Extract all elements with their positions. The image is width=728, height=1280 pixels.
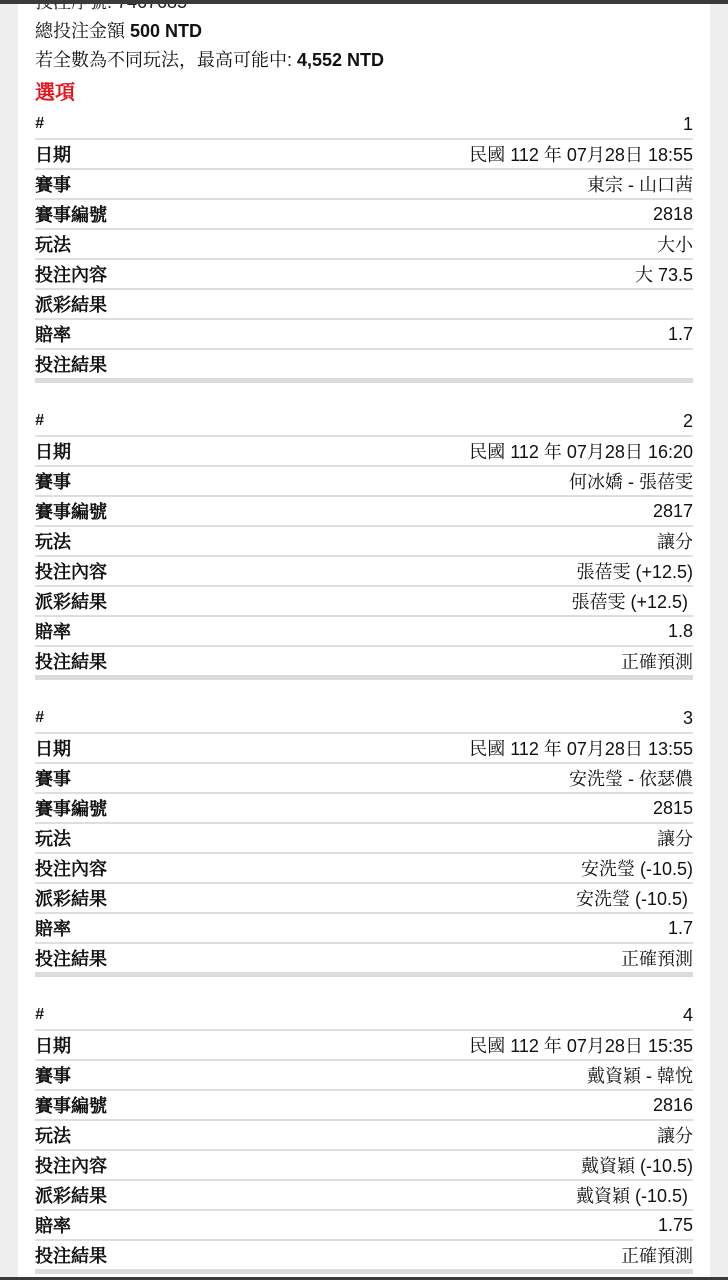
match-label: 賽事 bbox=[35, 171, 71, 197]
match-number-label: 賽事編號 bbox=[35, 498, 107, 524]
play-type-label: 玩法 bbox=[35, 825, 71, 851]
max-win-line: 若全數為不同玩法，最高可能中: 4,552 NTD bbox=[35, 46, 693, 75]
selection-group: #2日期民國 112 年 07月28日 16:20賽事何冰嬌 - 張蓓雯賽事編號… bbox=[35, 407, 693, 680]
bet-content-value: 張蓓雯 (+12.5) bbox=[576, 558, 693, 584]
selections-list: #1日期民國 112 年 07月28日 18:55賽事東宗 - 山口茜賽事編號2… bbox=[35, 110, 693, 1274]
selection-group: #4日期民國 112 年 07月28日 15:35賽事戴資穎 - 韓悅賽事編號2… bbox=[35, 1001, 693, 1274]
match-label: 賽事 bbox=[35, 765, 71, 791]
bet-slip-card: 投注序號: 7467685 總投注金額 500 NTD 若全數為不同玩法，最高可… bbox=[18, 0, 710, 1280]
selection-group: #1日期民國 112 年 07月28日 18:55賽事東宗 - 山口茜賽事編號2… bbox=[35, 110, 693, 383]
row-play-type: 玩法讓分 bbox=[35, 824, 693, 854]
number-value: 2 bbox=[683, 411, 693, 432]
match-value: 戴資穎 - 韓悅 bbox=[587, 1062, 693, 1088]
row-payout-result: 派彩結果安洗瑩 (-10.5) bbox=[35, 884, 693, 914]
row-date: 日期民國 112 年 07月28日 18:55 bbox=[35, 140, 693, 170]
row-match: 賽事安洗瑩 - 依瑟儂 bbox=[35, 764, 693, 794]
row-match-number: 賽事編號2818 bbox=[35, 200, 693, 230]
match-number-label: 賽事編號 bbox=[35, 1092, 107, 1118]
odds-value: 1.7 bbox=[668, 918, 693, 939]
bet-result-label: 投注結果 bbox=[35, 945, 107, 971]
date-value: 民國 112 年 07月28日 15:35 bbox=[469, 1032, 693, 1058]
match-value: 何冰嬌 - 張蓓雯 bbox=[569, 468, 693, 494]
number-value: 3 bbox=[683, 708, 693, 729]
odds-label: 賠率 bbox=[35, 915, 71, 941]
bet-slip-content: 投注序號: 7467685 總投注金額 500 NTD 若全數為不同玩法，最高可… bbox=[35, 0, 693, 1274]
row-play-type: 玩法讓分 bbox=[35, 527, 693, 557]
match-label: 賽事 bbox=[35, 468, 71, 494]
match-label: 賽事 bbox=[35, 1062, 71, 1088]
bet-content-label: 投注內容 bbox=[35, 558, 107, 584]
group-spacer bbox=[35, 383, 693, 407]
top-status-bar bbox=[0, 0, 728, 4]
row-date: 日期民國 112 年 07月28日 13:55 bbox=[35, 734, 693, 764]
selections-title: 選項 bbox=[35, 76, 693, 110]
group-spacer bbox=[35, 680, 693, 704]
payout-result-value: 戴資穎 (-10.5) bbox=[576, 1182, 693, 1208]
row-play-type: 玩法讓分 bbox=[35, 1121, 693, 1151]
match-number-value: 2816 bbox=[653, 1095, 693, 1116]
bet-result-label: 投注結果 bbox=[35, 1242, 107, 1268]
date-label: 日期 bbox=[35, 438, 71, 464]
row-number: #2 bbox=[35, 407, 693, 437]
date-value: 民國 112 年 07月28日 16:20 bbox=[469, 438, 693, 464]
odds-label: 賠率 bbox=[35, 618, 71, 644]
row-odds: 賠率1.7 bbox=[35, 320, 693, 350]
number-value: 4 bbox=[683, 1005, 693, 1026]
play-type-label: 玩法 bbox=[35, 528, 71, 554]
date-label: 日期 bbox=[35, 141, 71, 167]
row-bet-result: 投注結果正確預測 bbox=[35, 647, 693, 680]
row-number: #4 bbox=[35, 1001, 693, 1031]
payout-result-label: 派彩結果 bbox=[35, 588, 107, 614]
bet-content-label: 投注內容 bbox=[35, 261, 107, 287]
row-payout-result: 派彩結果 bbox=[35, 290, 693, 320]
play-type-label: 玩法 bbox=[35, 1122, 71, 1148]
total-stake-value: 500 NTD bbox=[130, 21, 202, 41]
play-type-label: 玩法 bbox=[35, 231, 71, 257]
match-number-value: 2817 bbox=[653, 501, 693, 522]
date-value: 民國 112 年 07月28日 18:55 bbox=[469, 141, 693, 167]
play-type-value: 讓分 bbox=[657, 1122, 693, 1148]
row-date: 日期民國 112 年 07月28日 16:20 bbox=[35, 437, 693, 467]
payout-result-label: 派彩結果 bbox=[35, 1182, 107, 1208]
row-number: #1 bbox=[35, 110, 693, 140]
match-number-label: 賽事編號 bbox=[35, 201, 107, 227]
play-type-value: 讓分 bbox=[657, 528, 693, 554]
match-number-value: 2818 bbox=[653, 204, 693, 225]
row-match: 賽事東宗 - 山口茜 bbox=[35, 170, 693, 200]
row-number: #3 bbox=[35, 704, 693, 734]
row-bet-result: 投注結果正確預測 bbox=[35, 944, 693, 977]
odds-value: 1.7 bbox=[668, 324, 693, 345]
row-payout-result: 派彩結果戴資穎 (-10.5) bbox=[35, 1181, 693, 1211]
group-spacer bbox=[35, 977, 693, 1001]
play-type-value: 讓分 bbox=[657, 825, 693, 851]
odds-label: 賠率 bbox=[35, 1212, 71, 1238]
match-value: 安洗瑩 - 依瑟儂 bbox=[569, 765, 693, 791]
date-label: 日期 bbox=[35, 735, 71, 761]
date-label: 日期 bbox=[35, 1032, 71, 1058]
bet-result-label: 投注結果 bbox=[35, 648, 107, 674]
number-value: 1 bbox=[683, 114, 693, 135]
payout-result-label: 派彩結果 bbox=[35, 885, 107, 911]
row-bet-content: 投注內容大 73.5 bbox=[35, 260, 693, 290]
row-bet-result: 投注結果正確預測 bbox=[35, 1241, 693, 1274]
total-stake-line: 總投注金額 500 NTD bbox=[35, 17, 693, 46]
row-date: 日期民國 112 年 07月28日 15:35 bbox=[35, 1031, 693, 1061]
payout-result-value: 張蓓雯 (+12.5) bbox=[571, 588, 693, 614]
match-number-label: 賽事編號 bbox=[35, 795, 107, 821]
bet-result-value: 正確預測 bbox=[621, 1242, 693, 1268]
row-play-type: 玩法大小 bbox=[35, 230, 693, 260]
number-label: # bbox=[35, 412, 44, 430]
row-odds: 賠率1.7 bbox=[35, 914, 693, 944]
row-match: 賽事何冰嬌 - 張蓓雯 bbox=[35, 467, 693, 497]
row-bet-content: 投注內容張蓓雯 (+12.5) bbox=[35, 557, 693, 587]
bet-content-value: 戴資穎 (-10.5) bbox=[581, 1152, 693, 1178]
max-win-value: 4,552 NTD bbox=[297, 50, 384, 70]
bet-result-value: 正確預測 bbox=[621, 945, 693, 971]
date-value: 民國 112 年 07月28日 13:55 bbox=[469, 735, 693, 761]
row-match-number: 賽事編號2816 bbox=[35, 1091, 693, 1121]
odds-label: 賠率 bbox=[35, 321, 71, 347]
odds-value: 1.75 bbox=[658, 1215, 693, 1236]
match-number-value: 2815 bbox=[653, 798, 693, 819]
bet-result-label: 投注結果 bbox=[35, 351, 107, 377]
number-label: # bbox=[35, 1006, 44, 1024]
row-match-number: 賽事編號2815 bbox=[35, 794, 693, 824]
max-win-label: 若全數為不同玩法，最高可能中: bbox=[35, 50, 297, 70]
match-value: 東宗 - 山口茜 bbox=[587, 171, 693, 197]
play-type-value: 大小 bbox=[657, 231, 693, 257]
bet-result-value: 正確預測 bbox=[621, 648, 693, 674]
number-label: # bbox=[35, 709, 44, 727]
row-odds: 賠率1.75 bbox=[35, 1211, 693, 1241]
payout-result-value: 安洗瑩 (-10.5) bbox=[576, 885, 693, 911]
row-odds: 賠率1.8 bbox=[35, 617, 693, 647]
row-match-number: 賽事編號2817 bbox=[35, 497, 693, 527]
bet-content-label: 投注內容 bbox=[35, 855, 107, 881]
payout-result-label: 派彩結果 bbox=[35, 291, 107, 317]
row-bet-content: 投注內容戴資穎 (-10.5) bbox=[35, 1151, 693, 1181]
total-stake-label: 總投注金額 bbox=[35, 21, 130, 41]
selection-group: #3日期民國 112 年 07月28日 13:55賽事安洗瑩 - 依瑟儂賽事編號… bbox=[35, 704, 693, 977]
row-match: 賽事戴資穎 - 韓悅 bbox=[35, 1061, 693, 1091]
bet-content-value: 安洗瑩 (-10.5) bbox=[581, 855, 693, 881]
row-bet-content: 投注內容安洗瑩 (-10.5) bbox=[35, 854, 693, 884]
number-label: # bbox=[35, 115, 44, 133]
row-bet-result: 投注結果 bbox=[35, 350, 693, 383]
odds-value: 1.8 bbox=[668, 621, 693, 642]
bet-content-label: 投注內容 bbox=[35, 1152, 107, 1178]
row-payout-result: 派彩結果張蓓雯 (+12.5) bbox=[35, 587, 693, 617]
bet-content-value: 大 73.5 bbox=[635, 261, 693, 287]
